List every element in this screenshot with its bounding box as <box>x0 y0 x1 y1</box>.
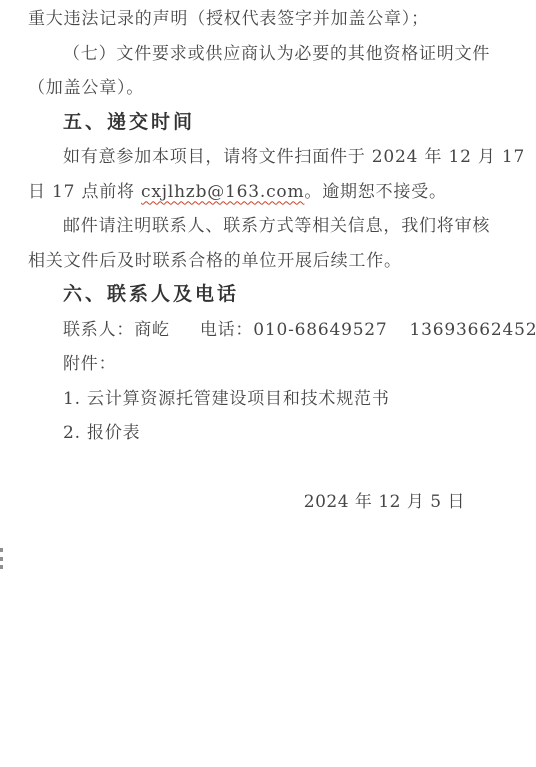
section-five-heading: 五、递交时间 <box>0 106 536 141</box>
note-line-2: 相关文件后及时联系合格的单位开展后续工作。 <box>0 244 536 279</box>
submission-line2-suffix: 。逾期恕不接受。 <box>304 182 446 202</box>
paragraph-continuation-line: 重大违法记录的声明（授权代表签字并加盖公章）； <box>0 2 536 37</box>
attachment-item-2: 2. 报价表 <box>0 416 536 451</box>
attachments-label-line: 附件： <box>0 347 536 382</box>
blank-line <box>0 451 536 486</box>
note-line-1: 邮件请注明联系人、联系方式等相关信息，我们将审核 <box>0 209 536 244</box>
phone-number-1: 010-68649527 <box>253 320 387 340</box>
submission-paragraph-line-2: 日 17 点前将 cxjlhzb@163.com。逾期恕不接受。 <box>0 175 536 210</box>
edge-artifact <box>0 548 3 552</box>
item-seven-line-2: （加盖公章）。 <box>0 71 536 106</box>
section-six-heading: 六、联系人及电话 <box>0 278 536 313</box>
contact-name: 商屹 <box>134 320 170 340</box>
edge-artifact <box>0 565 3 569</box>
edge-artifact <box>0 557 3 561</box>
email-address: cxjlhzb@163.com <box>141 182 304 202</box>
contact-label: 联系人： <box>63 320 134 340</box>
document-page: 重大违法记录的声明（授权代表签字并加盖公章）； （七）文件要求或供应商认为必要的… <box>0 0 536 767</box>
phone-number-2: 13693662452 <box>410 320 536 340</box>
attachment-item-1: 1. 云计算资源托管建设项目和技术规范书 <box>0 382 536 417</box>
submission-line2-prefix: 日 17 点前将 <box>28 182 141 202</box>
item-seven-line-1: （七）文件要求或供应商认为必要的其他资格证明文件 <box>0 37 536 72</box>
phone-label: 电话： <box>200 320 253 340</box>
submission-paragraph-line-1: 如有意参加本项目，请将文件扫面件于 2024 年 12 月 17 <box>0 140 536 175</box>
contact-line: 联系人：商屹电话：010-6864952713693662452 <box>0 313 536 348</box>
signature-date-line: 2024 年 12 月 5 日 <box>0 485 536 520</box>
